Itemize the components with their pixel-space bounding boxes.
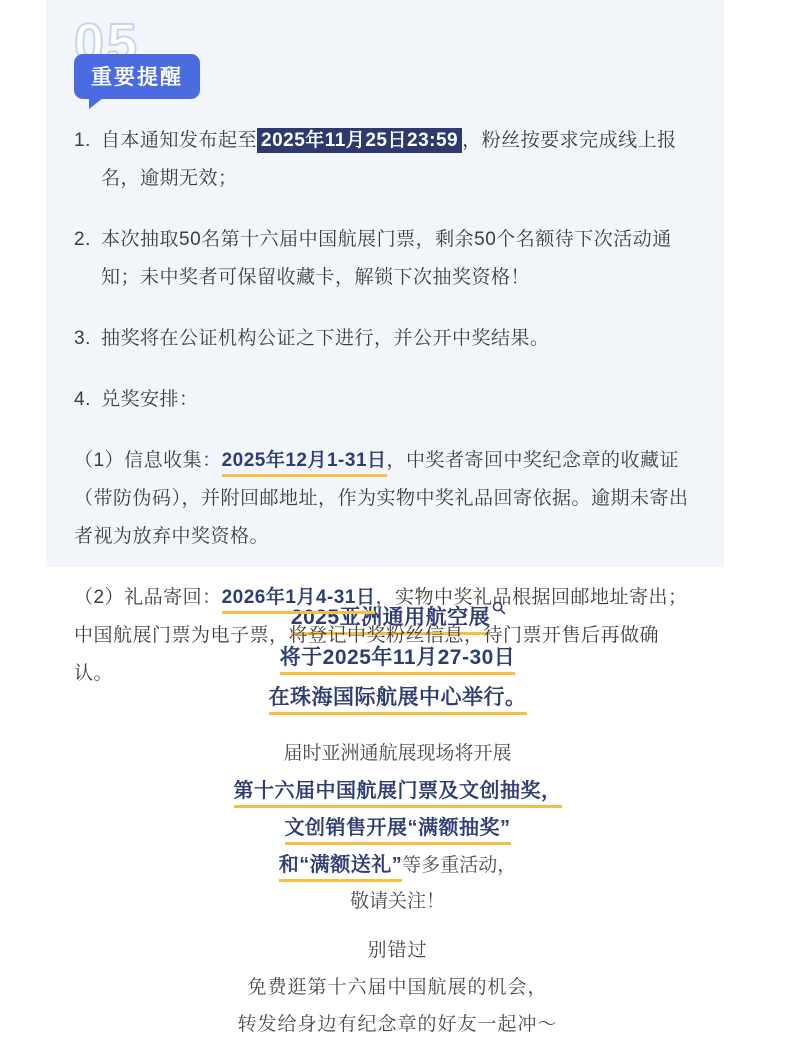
sub-notice-prefix: （2）礼品寄回： [74,587,222,608]
closing-line-3: 转发给身边有纪念章的好友一起冲～ [0,1008,795,1043]
notice-item-2: 2. 本次抽取50名第十六届中国航展门票，剩余50个名额待下次活动通知；未中奖者… [74,221,696,297]
badge-wrap: 重要提醒 [74,54,696,99]
closing-section: 别错过 免费逛第十六届中国航展的机会， 转发给身边有纪念章的好友一起冲～ [0,934,795,1043]
activity-section: 届时亚洲通航展现场将开展 第十六届中国航展门票及文创抽奖， 文创销售开展“满额抽… [0,737,795,922]
notice-text-pre: 自本通知发布起至 [101,130,257,151]
search-icon[interactable] [492,592,506,626]
sub-notice-prefix: （1）信息收集： [74,450,222,471]
notice-item-3: 3. 抽奖将在公证机构公证之下进行，并公开中奖结果。 [74,320,696,358]
sub-notice-info-collection: （1）信息收集：2025年12月1-31日，中奖者寄回中奖纪念章的收藏证（带防伪… [74,442,696,556]
activity-sale-draw-text: 文创销售开展“满额抽奖” [285,817,511,845]
notice-item-1: 1. 自本通知发布起至2025年11月25日23:59，粉丝按要求完成线上报名，… [74,122,696,198]
sub-notice-gift-return: （2）礼品寄回：2026年1月4-31日，实物中奖礼品根据回邮地址寄出；中国航展… [74,579,696,693]
info-collection-date: 2025年12月1-31日 [222,450,387,477]
activity-gift: 和“满额送礼”等多重活动， [0,848,795,885]
notice-number: 2. [74,221,101,297]
important-reminder-badge: 重要提醒 [74,54,200,99]
notice-number: 4. [74,381,101,419]
activity-outro: 敬请关注！ [0,885,795,922]
notice-item-4: 4. 兑奖安排： [74,381,696,419]
important-notice-card: 05 重要提醒 1. 自本通知发布起至2025年11月25日23:59，粉丝按要… [46,0,724,567]
activity-lottery-text: 第十六届中国航展门票及文创抽奖， [234,780,562,808]
activity-gift-suffix: 等多重活动， [402,855,516,876]
activity-intro: 届时亚洲通航展现场将开展 [0,737,795,774]
activity-gift-text: 和“满额送礼” [279,854,403,882]
notice-text: 兑奖安排： [101,381,696,419]
deadline-highlight: 2025年11月25日23:59 [257,128,462,153]
closing-line-1: 别错过 [0,934,795,971]
activity-sale-draw: 文创销售开展“满额抽奖” [0,811,795,848]
notice-number: 1. [74,122,101,198]
gift-return-date: 2026年1月4-31日 [222,587,376,614]
notice-number: 3. [74,320,101,358]
activity-lottery: 第十六届中国航展门票及文创抽奖， [0,774,795,811]
notice-text: 抽奖将在公证机构公证之下进行，并公开中奖结果。 [101,320,696,358]
notice-text: 自本通知发布起至2025年11月25日23:59，粉丝按要求完成线上报名，逾期无… [101,122,696,198]
notice-text: 本次抽取50名第十六届中国航展门票，剩余50个名额待下次活动通知；未中奖者可保留… [101,221,696,297]
closing-line-2: 免费逛第十六届中国航展的机会， [0,971,795,1008]
